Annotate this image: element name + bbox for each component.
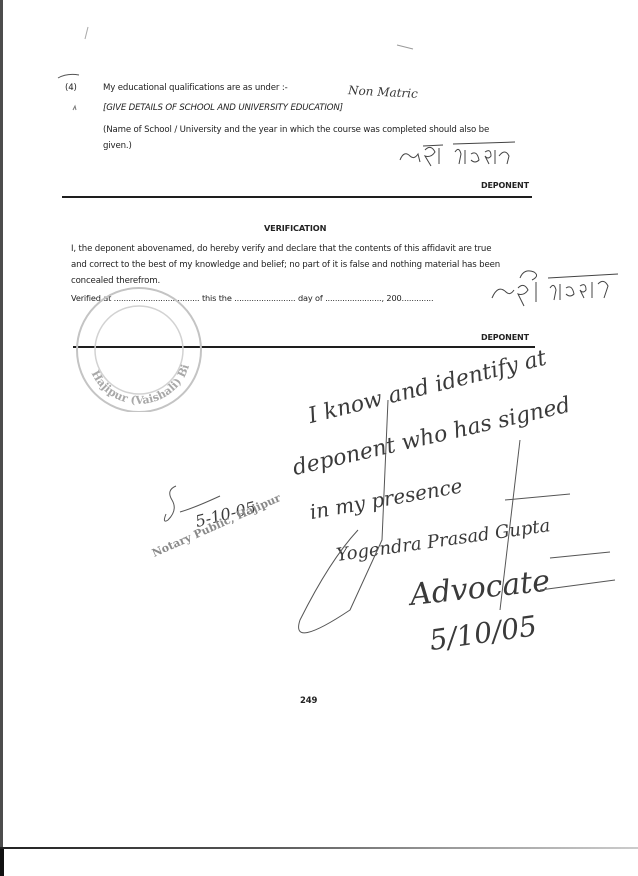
- verification-body-line2: and correct to the best of my knowledge …: [71, 260, 500, 270]
- section-number: (4): [65, 83, 77, 93]
- scan-bottom-edge: [0, 847, 638, 849]
- deponent-label-2: DEPONENT: [481, 333, 529, 342]
- education-note-line2: given.): [103, 141, 132, 151]
- notary-seal: Hajipur (Vaishali) Bihar: [68, 282, 210, 412]
- deponent-signature-2: [488, 268, 638, 312]
- qualifications-statement: My educational qualifications are as und…: [103, 83, 288, 93]
- verification-body-line1: I, the deponent abovenamed, do hereby ve…: [71, 244, 491, 254]
- deponent-label-1: DEPONENT: [481, 181, 529, 190]
- advocate-signature-strokes: [270, 380, 630, 670]
- stray-mark-icon: [395, 42, 425, 52]
- scan-edge-bottom: [0, 848, 4, 876]
- margin-mark-icon: [55, 70, 85, 120]
- deponent-signature-1: [395, 138, 555, 172]
- svg-text:Hajipur (Vaishali) Bihar: Hajipur (Vaishali) Bihar: [68, 282, 192, 407]
- education-instruction: [GIVE DETAILS OF SCHOOL AND UNIVERSITY E…: [103, 103, 343, 113]
- section-divider: [62, 196, 532, 198]
- education-note-line1: (Name of School / University and the yea…: [103, 125, 489, 135]
- scan-edge: [0, 0, 3, 876]
- page-number: 249: [300, 696, 317, 706]
- stray-mark-icon: [80, 25, 94, 45]
- verification-title: VERIFICATION: [264, 223, 326, 233]
- handwritten-qualification: Non Matric: [348, 83, 418, 101]
